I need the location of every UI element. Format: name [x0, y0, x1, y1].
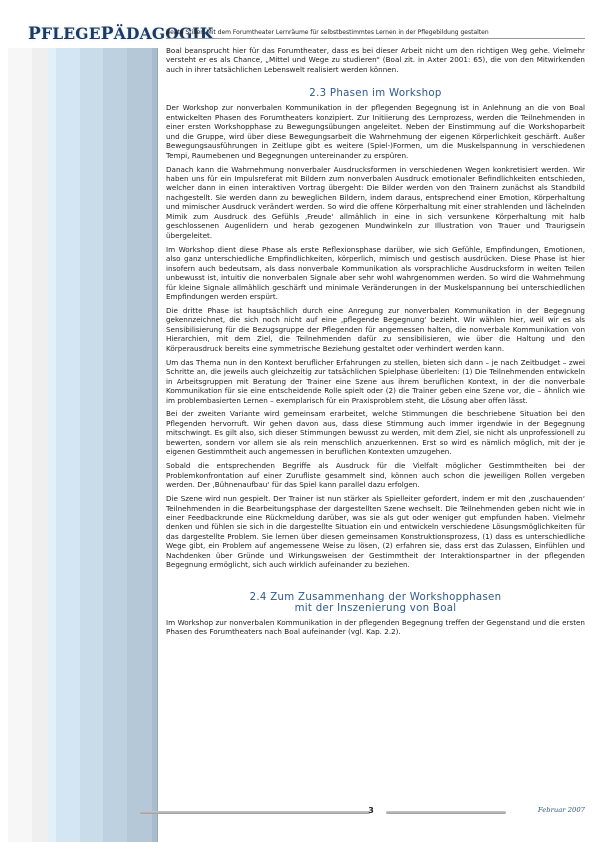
paragraph: Um das Thema nun in den Kontext beruflic… [166, 358, 585, 405]
section-heading-2-4: 2.4 Zum Zusammenhang der Workshopphasen … [166, 592, 585, 614]
logo-initial-2: P [101, 24, 114, 44]
decorative-sidebar [8, 48, 158, 842]
sidebar-stripe [103, 48, 127, 842]
paragraph: Der Workshop zur nonverbalen Kommunikati… [166, 103, 585, 160]
logo-initial-1: P [28, 24, 41, 44]
sidebar-stripe [127, 48, 152, 842]
sidebar-stripe [8, 48, 32, 842]
footer-rule-right [386, 811, 506, 814]
footer-rule-left [140, 811, 370, 814]
page-footer: 3 Februar 2007 [140, 806, 585, 818]
sidebar-stripe [48, 48, 56, 842]
sidebar-edge [152, 48, 158, 842]
heading-line-2: mit der Inszenierung von Boal [295, 603, 457, 614]
sidebar-stripe [56, 48, 80, 842]
sidebar-stripe [80, 48, 104, 842]
paragraph: Im Workshop zur nonverbalen Kommunikatio… [166, 618, 585, 637]
sidebar-stripe [32, 48, 48, 842]
article-body: Boal beansprucht hier für das Forumtheat… [166, 46, 585, 641]
paragraph: Die dritte Phase ist hauptsächlich durch… [166, 306, 585, 353]
heading-line-1: 2.4 Zum Zusammenhang der Workshopphasen [250, 592, 502, 603]
paragraph: Danach kann die Wahrnehmung nonverbaler … [166, 165, 585, 241]
paragraph: Im Workshop dient diese Phase als erste … [166, 245, 585, 302]
section-heading-2-3: 2.3 Phasen im Workshop [166, 88, 585, 99]
paragraph: Sobald die entsprechenden Begriffe als A… [166, 461, 585, 489]
paragraph: Die Szene wird nun gespielt. Der Trainer… [166, 494, 585, 570]
intro-paragraph: Boal beansprucht hier für das Forumtheat… [166, 46, 585, 74]
logo-text-1: FLEGE [41, 24, 101, 43]
paragraph: Bei der zweiten Variante wird gemeinsam … [166, 409, 585, 456]
page-number: 3 [364, 806, 378, 815]
running-head: Beate Stiller: Mit dem Forumtheater Lern… [166, 29, 585, 39]
issue-date: Februar 2007 [510, 806, 585, 814]
